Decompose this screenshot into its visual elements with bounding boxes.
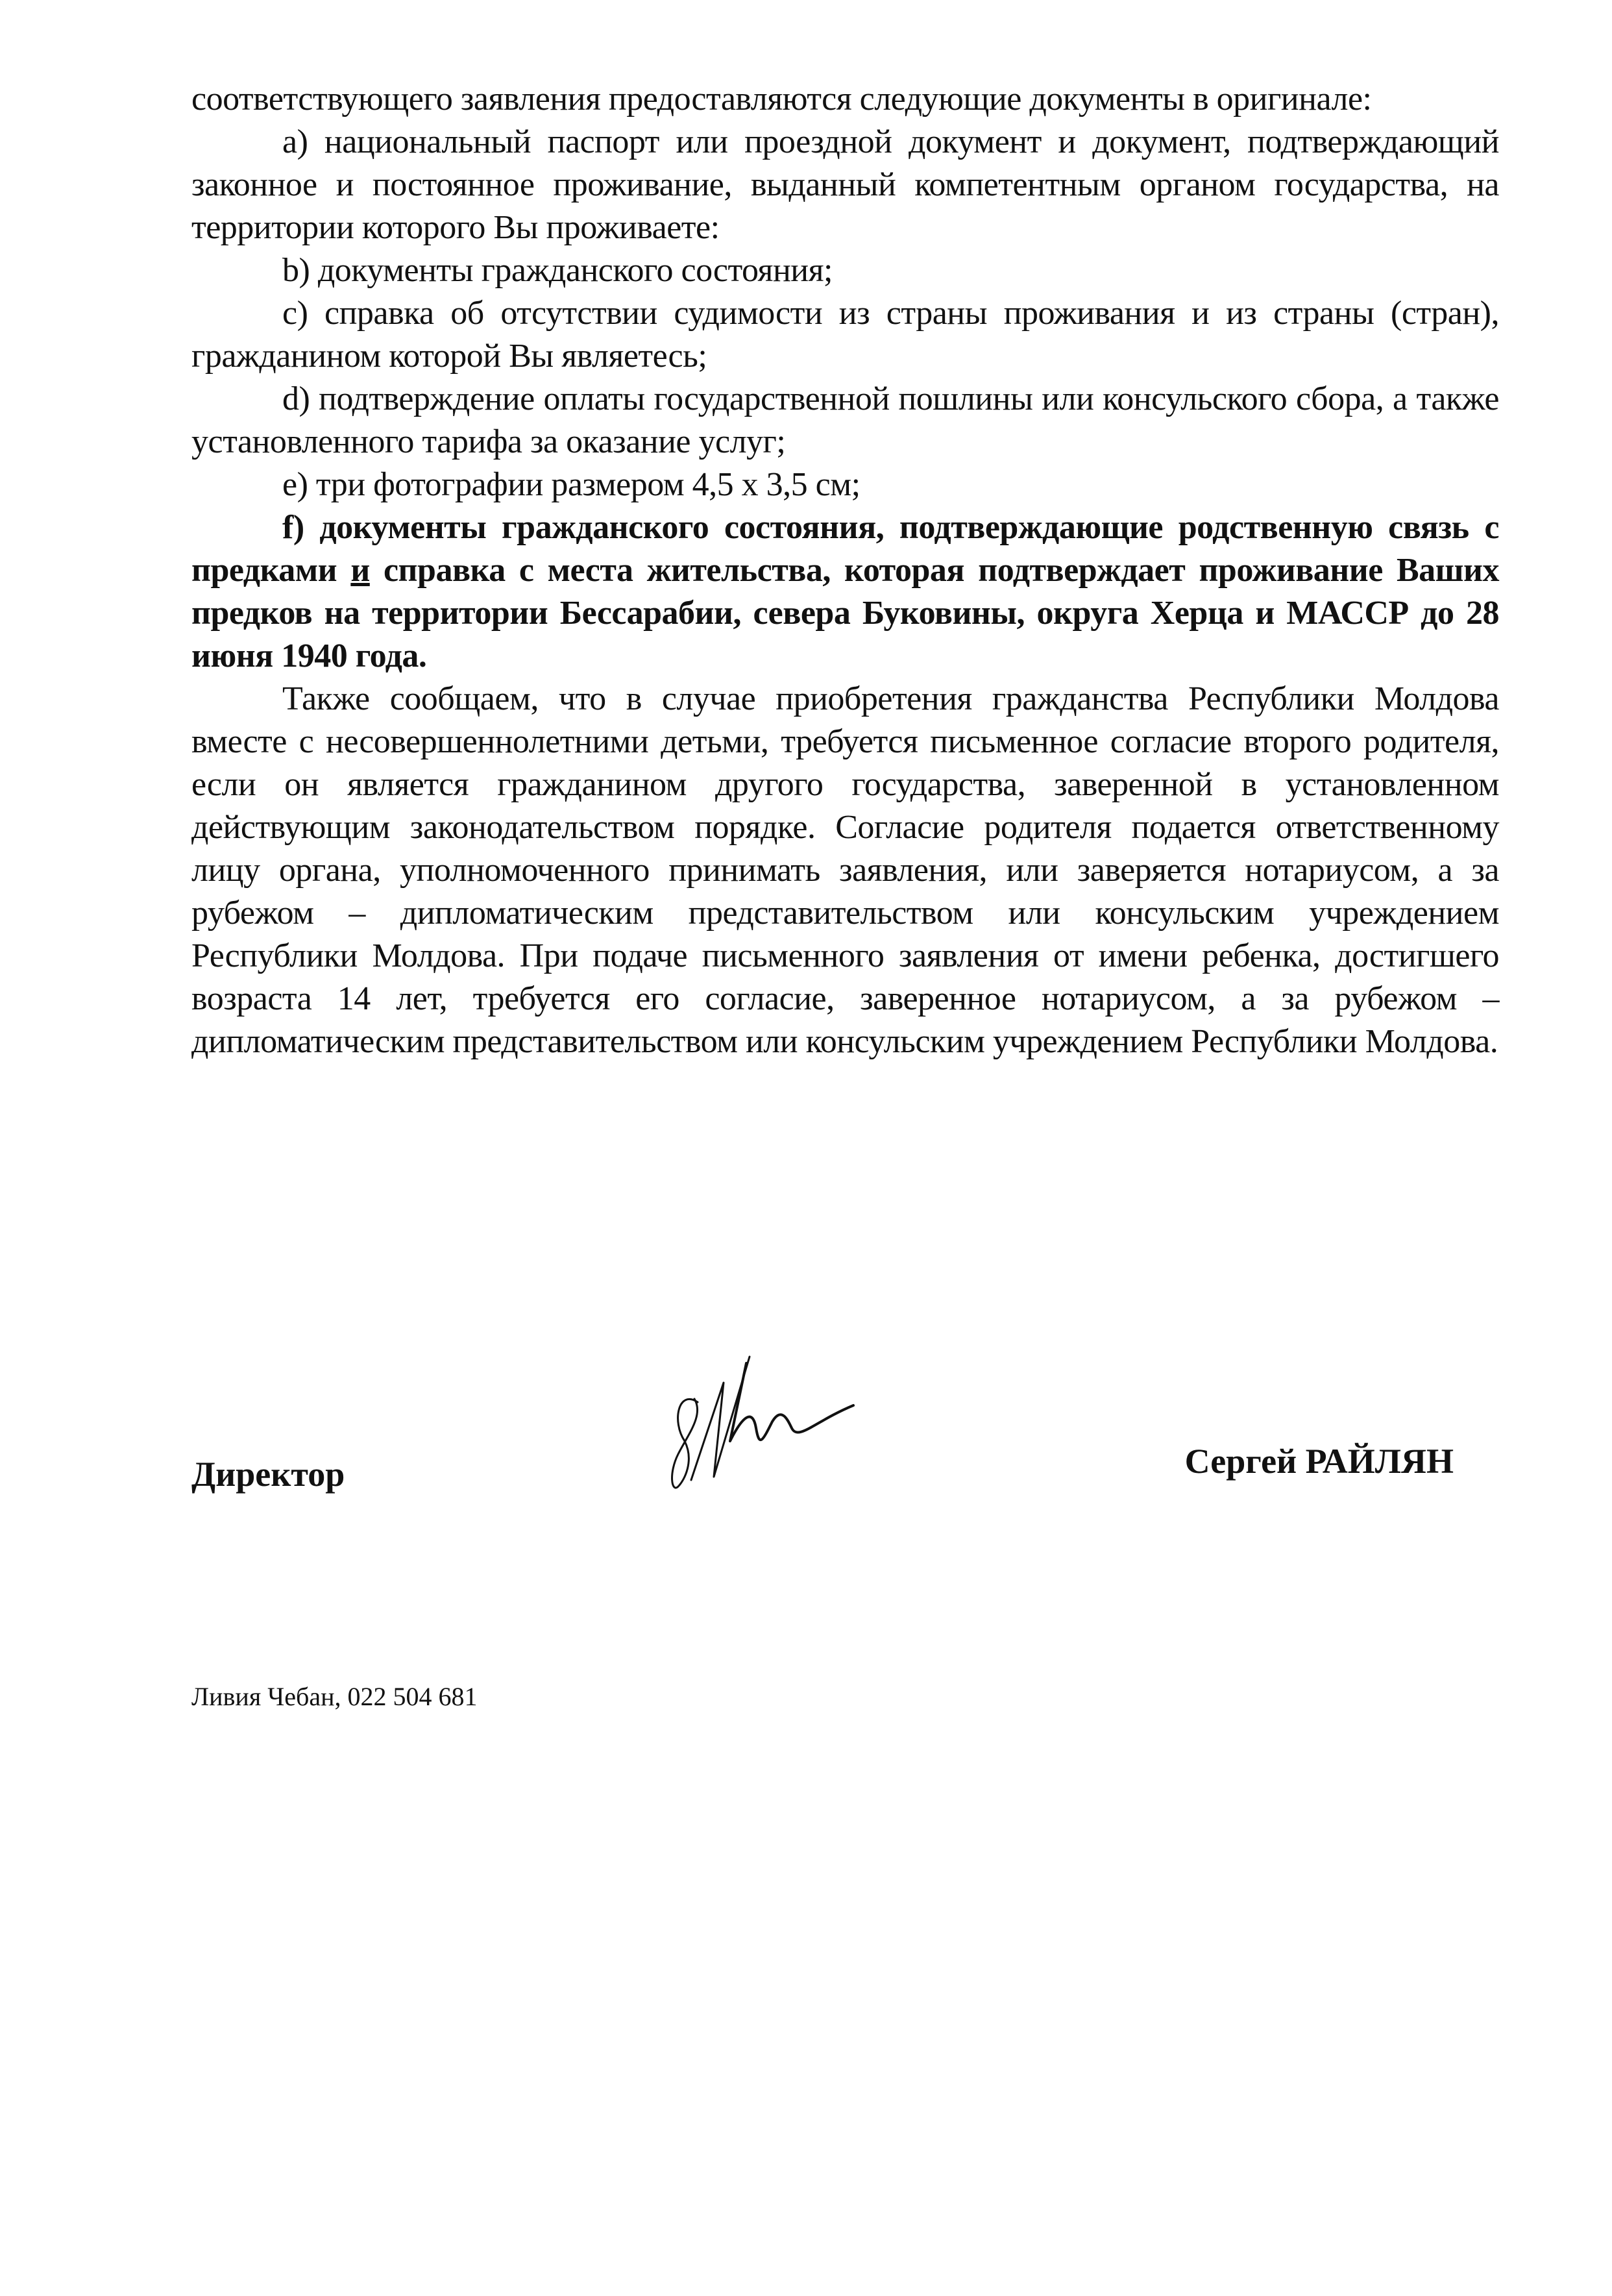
list-item-e: e) три фотографии размером 4,5 х 3,5 см;	[191, 463, 1499, 506]
intro-paragraph: соответствующего заявления предоставляют…	[191, 78, 1499, 121]
list-item-f: f) документы гражданского состояния, под…	[191, 506, 1499, 678]
list-item-f-part2: справка с места жительства, которая подт…	[191, 552, 1499, 674]
list-item-b: b) документы гражданского состояния;	[191, 249, 1499, 292]
signature-block: Директор Сергей РАЙЛЯН	[191, 1337, 1499, 1532]
list-item-c: c) справка об отсутствии судимости из ст…	[191, 292, 1499, 378]
signatory-name: Сергей РАЙЛЯН	[1185, 1441, 1454, 1481]
handwritten-signature-icon	[659, 1350, 918, 1493]
closing-paragraph: Также сообщаем, что в случае приобретени…	[191, 678, 1499, 1063]
list-item-a: a) национальный паспорт или проездной до…	[191, 121, 1499, 249]
list-item-d: d) подтверждение оплаты государственной …	[191, 378, 1499, 463]
document-page: соответствующего заявления предоставляют…	[191, 78, 1499, 1063]
list-item-f-underlined: и	[350, 552, 369, 589]
signatory-title: Директор	[191, 1454, 345, 1494]
contact-line: Ливия Чебан, 022 504 681	[191, 1681, 478, 1712]
